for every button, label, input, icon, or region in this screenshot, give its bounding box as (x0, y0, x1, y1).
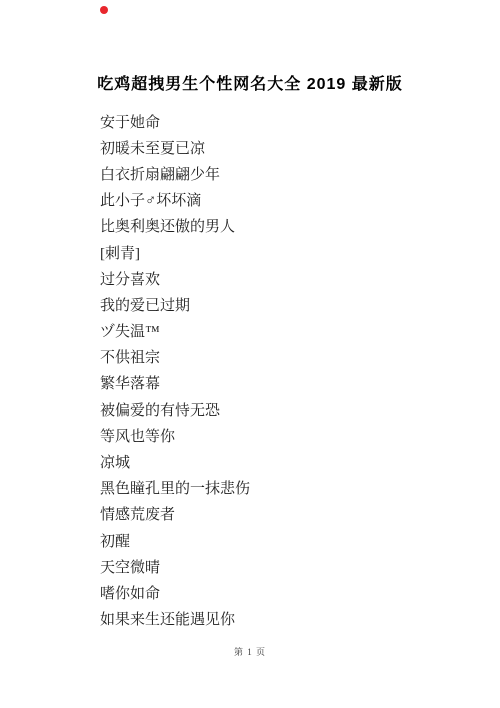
list-item: 此小子♂坏坏滴 (100, 189, 470, 215)
list-item: 比奥利奥还傲的男人 (100, 215, 470, 241)
list-item: 黑色瞳孔里的一抹悲伤 (100, 477, 470, 503)
list-item: 安于她命 (100, 110, 470, 136)
list-item: ヅ失温™ (100, 320, 470, 346)
list-item: 过分喜欢 (100, 267, 470, 293)
document-page: 吃鸡超拽男生个性网名大全 2019 最新版 安于她命 初暖未至夏已凉 白衣折扇翩… (0, 0, 500, 708)
list-item: 初暖未至夏已凉 (100, 136, 470, 162)
list-item: 如果来生还能遇见你 (100, 608, 470, 634)
list-item: 情感荒废者 (100, 503, 470, 529)
list-item: 不供祖宗 (100, 346, 470, 372)
list-item: 被偏爱的有恃无恐 (100, 398, 470, 424)
red-dot-icon (100, 6, 108, 14)
list-item: 凉城 (100, 450, 470, 476)
nickname-list: 安于她命 初暖未至夏已凉 白衣折扇翩翩少年 此小子♂坏坏滴 比奥利奥还傲的男人 … (100, 110, 470, 634)
page-title: 吃鸡超拽男生个性网名大全 2019 最新版 (0, 71, 500, 94)
page-number: 第 1 页 (0, 645, 500, 658)
list-item: 嗜你如命 (100, 581, 470, 607)
list-item: [刺青] (100, 241, 470, 267)
list-item: 我的爱已过期 (100, 293, 470, 319)
list-item: 初醒 (100, 529, 470, 555)
list-item: 等风也等你 (100, 424, 470, 450)
list-item: 天空微晴 (100, 555, 470, 581)
list-item: 繁华落幕 (100, 372, 470, 398)
list-item: 白衣折扇翩翩少年 (100, 162, 470, 188)
